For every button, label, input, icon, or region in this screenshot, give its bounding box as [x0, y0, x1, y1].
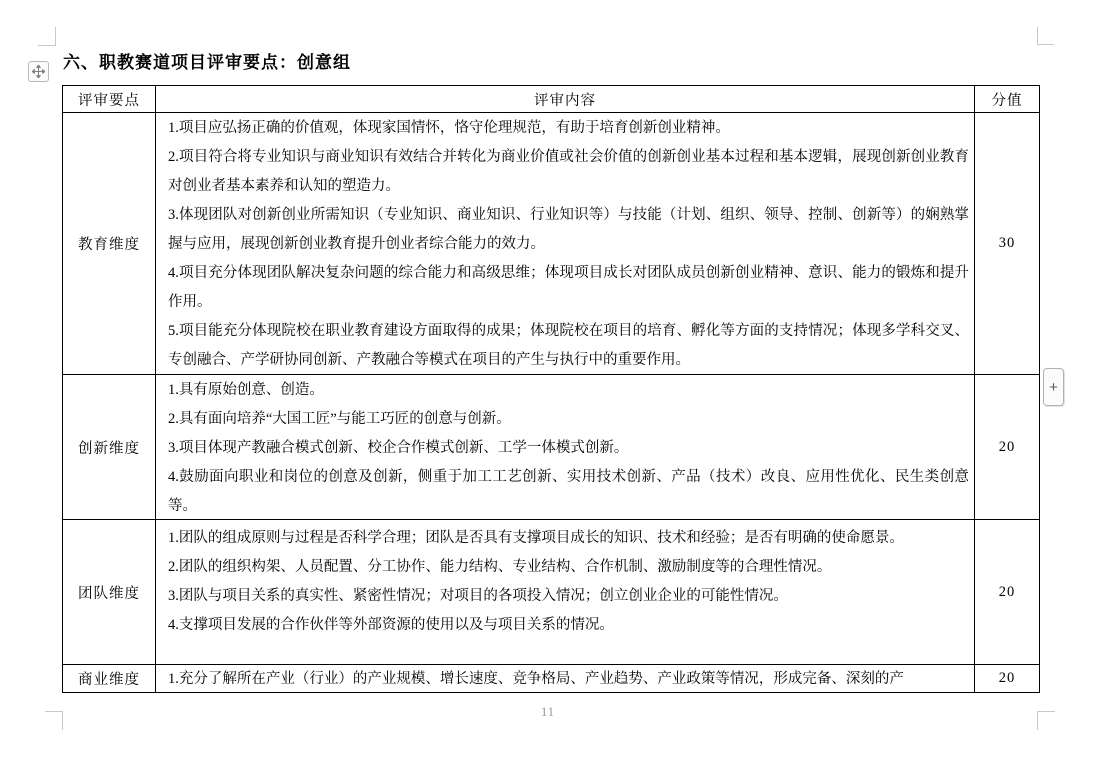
content-item: 4.支撑项目发展的合作伙伴等外部资源的使用以及与项目关系的情况。 — [168, 611, 969, 640]
dimension-label: 创新维度 — [63, 375, 156, 520]
insert-row-button[interactable]: + — [1043, 368, 1064, 406]
content-cell: 1.项目应弘扬正确的价值观，体现家国情怀，恪守伦理规范，有助于培育创新创业精神。… — [156, 113, 975, 375]
score-value: 20 — [975, 375, 1040, 520]
content-item: 2.团队的组织构架、人员配置、分工协作、能力结构、专业结构、合作机制、激励制度等… — [168, 553, 969, 582]
table-row-team: 团队维度 1.团队的组成原则与过程是否科学合理；团队是否具有支撑项目成长的知识、… — [63, 520, 1040, 665]
margin-corner-mark-top-right — [1037, 27, 1054, 45]
page-title: 六、职教赛道项目评审要点：创意组 — [63, 48, 351, 73]
review-table: 评审要点 评审内容 分值 教育维度 1.项目应弘扬正确的价值观，体现家国情怀，恪… — [62, 85, 1040, 693]
margin-corner-mark-top-left — [38, 27, 56, 46]
content-item: 2.具有面向培养“大国工匠”与能工巧匠的创意与创新。 — [168, 405, 969, 434]
move-arrows-icon — [32, 65, 45, 78]
table-row-innovation: 创新维度 1.具有原始创意、创造。 2.具有面向培养“大国工匠”与能工巧匠的创意… — [63, 375, 1040, 520]
score-value: 20 — [975, 665, 1040, 693]
content-item: 3.团队与项目关系的真实性、紧密性情况；对项目的各项投入情况；创立创业企业的可能… — [168, 582, 969, 611]
document-page: 六、职教赛道项目评审要点：创意组 评审要点 评审内容 分值 教育维度 1.项目应… — [0, 0, 1096, 757]
content-item: 1.项目应弘扬正确的价值观，体现家国情怀，恪守伦理规范，有助于培育创新创业精神。 — [168, 114, 969, 143]
dimension-label: 商业维度 — [63, 665, 156, 693]
table-row-business: 商业维度 1.充分了解所在产业（行业）的产业规模、增长速度、竞争格局、产业趋势、… — [63, 665, 1040, 693]
content-item: 4.鼓励面向职业和岗位的创意及创新，侧重于加工工艺创新、实用技术创新、产品（技术… — [168, 463, 969, 520]
content-item: 2.项目符合将专业知识与商业知识有效结合并转化为商业价值或社会价值的创新创业基本… — [168, 143, 969, 201]
content-item: 5.项目能充分体现院校在职业教育建设方面取得的成果；体现院校在项目的培育、孵化等… — [168, 317, 969, 375]
dimension-label: 团队维度 — [63, 520, 156, 665]
content-cell: 1.具有原始创意、创造。 2.具有面向培养“大国工匠”与能工巧匠的创意与创新。 … — [156, 375, 975, 520]
content-cell: 1.充分了解所在产业（行业）的产业规模、增长速度、竞争格局、产业趋势、产业政策等… — [156, 665, 975, 693]
header-score: 分值 — [975, 86, 1040, 113]
content-cell: 1.团队的组成原则与过程是否科学合理；团队是否具有支撑项目成长的知识、技术和经验… — [156, 520, 975, 665]
content-item: 1.充分了解所在产业（行业）的产业规模、增长速度、竞争格局、产业趋势、产业政策等… — [168, 666, 969, 693]
table-move-handle[interactable] — [28, 61, 49, 82]
content-item: 3.体现团队对创新创业所需知识（专业知识、商业知识、行业知识等）与技能（计划、组… — [168, 201, 969, 259]
dimension-label: 教育维度 — [63, 113, 156, 375]
header-review-point: 评审要点 — [63, 86, 156, 113]
page-number: 11 — [0, 705, 1096, 720]
score-value: 20 — [975, 520, 1040, 665]
table-header-row: 评审要点 评审内容 分值 — [63, 86, 1040, 113]
score-value: 30 — [975, 113, 1040, 375]
content-item: 1.具有原始创意、创造。 — [168, 376, 969, 405]
content-item: 1.团队的组成原则与过程是否科学合理；团队是否具有支撑项目成长的知识、技术和经验… — [168, 524, 969, 553]
content-item: 4.项目充分体现团队解决复杂问题的综合能力和高级思维；体现项目成长对团队成员创新… — [168, 259, 969, 317]
header-review-content: 评审内容 — [156, 86, 975, 113]
table-row-education: 教育维度 1.项目应弘扬正确的价值观，体现家国情怀，恪守伦理规范，有助于培育创新… — [63, 113, 1040, 375]
content-item: 3.项目体现产教融合模式创新、校企合作模式创新、工学一体模式创新。 — [168, 434, 969, 463]
